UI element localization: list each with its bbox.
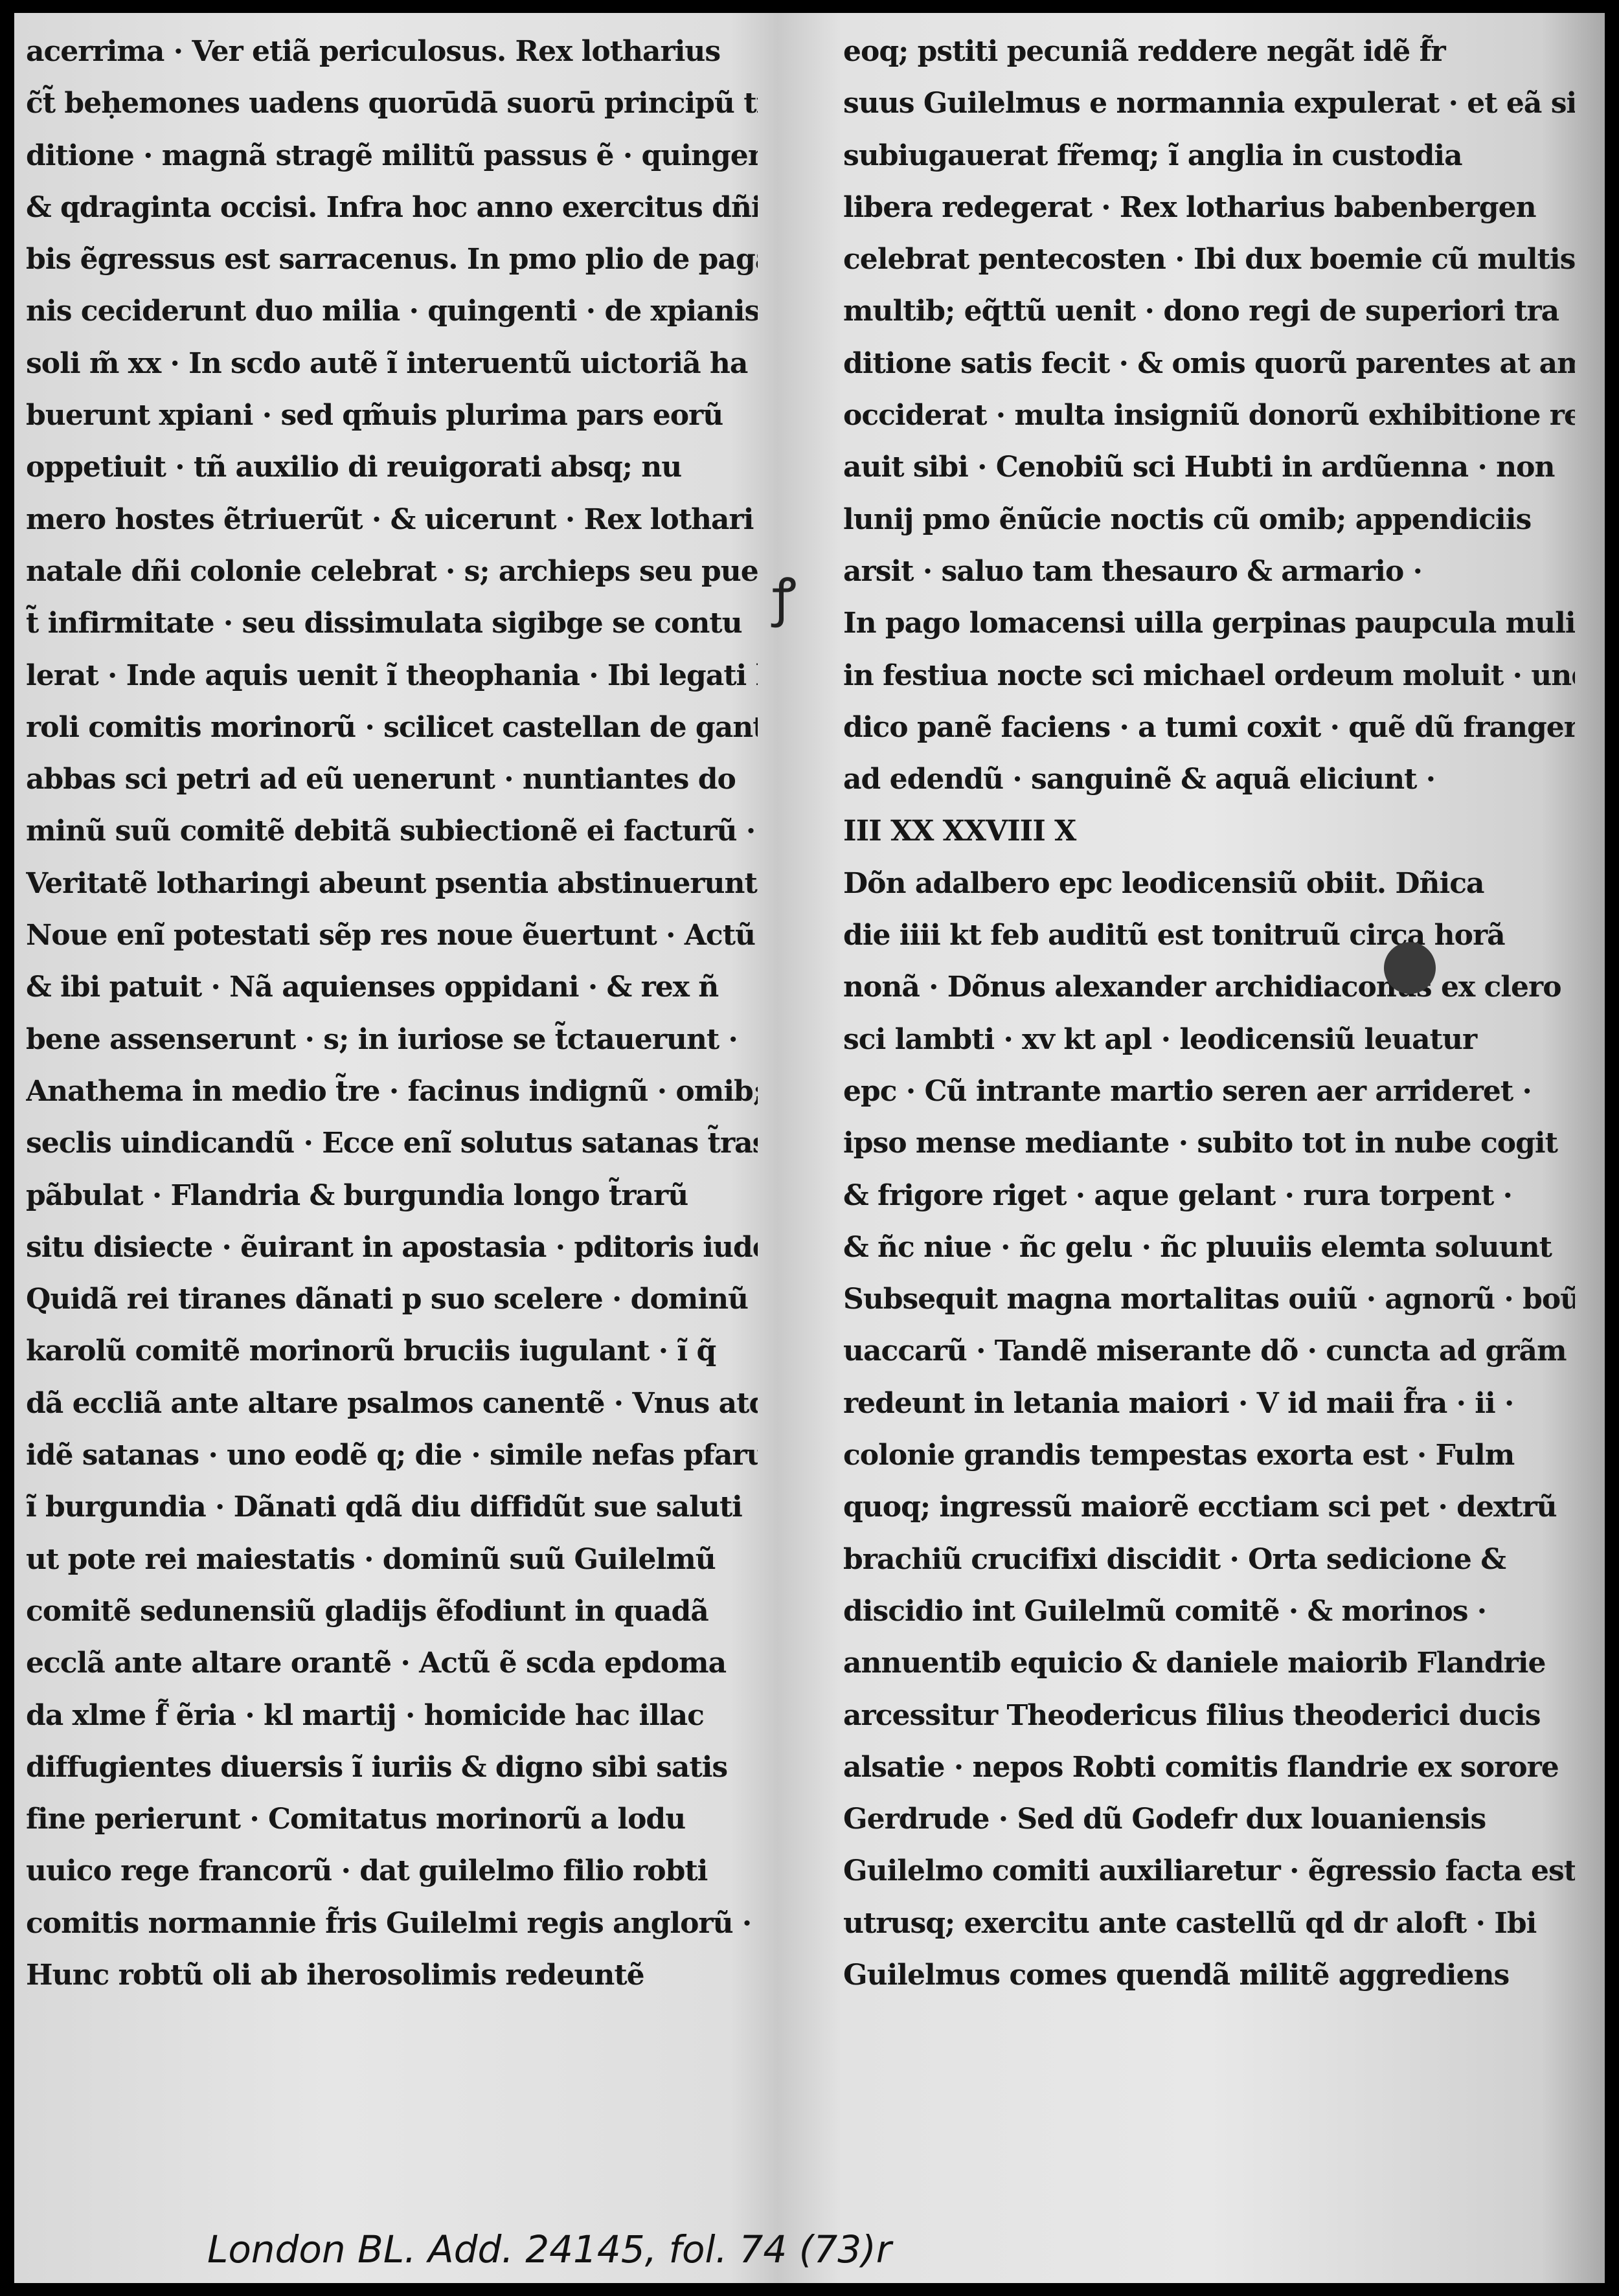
manuscript-line: diffugientes diuersis ĩ iuriis & digno s…: [26, 1742, 758, 1794]
manuscript-line: oppetiuit · tñ auxilio di reuigorati abs…: [26, 442, 758, 493]
manuscript-line: da xlme f̃ ẽria · kl martij · homicide h…: [26, 1690, 758, 1742]
manuscript-line: eoq; pstiti pecuniã reddere negãt idẽ f̃…: [843, 26, 1575, 78]
manuscript-line: natale dñi colonie celebrat · s; archiep…: [26, 546, 758, 598]
manuscript-line: dã eccliã ante altare psalmos canentẽ · …: [26, 1378, 758, 1430]
manuscript-line: Hunc robtũ oli ab iherosolimis redeuntẽ: [26, 1950, 758, 2001]
manuscript-line: in festiua nocte sci michael ordeum molu…: [843, 650, 1575, 702]
manuscript-line: alsatie · nepos Robti comitis flandrie e…: [843, 1742, 1575, 1794]
manuscript-line: uaccarũ · Tandẽ miserante dõ · cuncta ad…: [843, 1325, 1575, 1377]
manuscript-line: suus Guilelmus e normannia expulerat · e…: [843, 78, 1575, 129]
manuscript-line: karolũ comitẽ morinorũ bruciis iugulant …: [26, 1325, 758, 1377]
manuscript-line: annuentib equicio & daniele maiorib Flan…: [843, 1638, 1575, 1689]
manuscript-line: abbas sci petri ad eũ uenerunt · nuntian…: [26, 754, 758, 805]
manuscript-line: fine perierunt · Comitatus morinorũ a lo…: [26, 1794, 758, 1845]
right-text-column: eoq; pstiti pecuniã reddere negãt idẽ f̃…: [843, 26, 1575, 2001]
manuscript-line: mero hostes ẽtriuerũt · & uicerunt · Rex…: [26, 494, 758, 546]
ink-stain: [1384, 942, 1436, 994]
manuscript-line: ipso mense mediante · subito tot in nube…: [843, 1118, 1575, 1169]
shelfmark-caption: London BL. Add. 24145, fol. 74 (73)r: [207, 2227, 892, 2271]
manuscript-line: bis ẽgressus est sarracenus. In pmo plio…: [26, 234, 758, 286]
manuscript-line: Anathema in medio t̃re · facinus indignũ…: [26, 1066, 758, 1118]
manuscript-line: arsit · saluo tam thesauro & armario ·: [843, 546, 1575, 598]
manuscript-line: ut pote rei maiestatis · dominũ suũ Guil…: [26, 1534, 758, 1586]
manuscript-line: brachiũ crucifixi discidit · Orta sedici…: [843, 1534, 1575, 1586]
manuscript-line: & frigore riget · aque gelant · rura tor…: [843, 1170, 1575, 1222]
manuscript-line: idẽ satanas · uno eodẽ q; die · simile n…: [26, 1430, 758, 1481]
margin-mark: ꝭ: [772, 560, 797, 631]
manuscript-line: comitis normannie f̃ris Guilelmi regis a…: [26, 1898, 758, 1950]
manuscript-line: buerunt xpiani · sed qm̃uis plurima pars…: [26, 390, 758, 442]
manuscript-line: c̃t̃ beḥemones uadens quorūdā suorū prin…: [26, 78, 758, 129]
manuscript-line: Guilelmo comiti auxiliaretur · ẽgressio …: [843, 1845, 1575, 1897]
manuscript-line: colonie grandis tempestas exorta est · F…: [843, 1430, 1575, 1481]
manuscript-line: soli m̃ xx · In scdo autẽ ĩ interuentũ u…: [26, 338, 758, 390]
manuscript-line: auit sibi · Cenobiũ sci Hubti in ardũenn…: [843, 442, 1575, 493]
manuscript-line: lerat · Inde aquis uenit ĩ theophania · …: [26, 650, 758, 702]
manuscript-line: situ disiecte · ẽuirant in apostasia · p…: [26, 1222, 758, 1274]
manuscript-line: lunij pmo ẽnũcie noctis cũ omib; appendi…: [843, 494, 1575, 546]
manuscript-line: dico panẽ faciens · a tumi coxit · quẽ d…: [843, 702, 1575, 754]
manuscript-line: ĩ burgundia · Dãnati qdã diu diffidũt su…: [26, 1481, 758, 1533]
manuscript-line: multib; eq̃ttũ uenit · dono regi de supe…: [843, 286, 1575, 337]
manuscript-line: & qdraginta occisi. Infra hoc anno exerc…: [26, 182, 758, 234]
manuscript-line: arcessitur Theodericus filius theoderici…: [843, 1690, 1575, 1742]
manuscript-line: acerrima · Ver etiã periculosus. Rex lot…: [26, 26, 758, 78]
manuscript-line: utrusq; exercitu ante castellũ qd dr alo…: [843, 1898, 1575, 1950]
manuscript-line: Quidã rei tiranes dãnati p suo scelere ·…: [26, 1274, 758, 1325]
manuscript-line: die iiii kt feb auditũ est tonitruũ circ…: [843, 910, 1575, 962]
manuscript-line: minũ suũ comitẽ debitã subiectionẽ ei fa…: [26, 805, 758, 857]
manuscript-line: libera redegerat · Rex lotharius babenbe…: [843, 182, 1575, 234]
manuscript-page: acerrima · Ver etiã periculosus. Rex lot…: [14, 13, 1605, 2283]
manuscript-line: Dõn adalbero epc leodicensiũ obiit. Dñic…: [843, 858, 1575, 910]
manuscript-line: Noue enĩ potestati sẽp res noue ẽuertunt…: [26, 910, 758, 962]
manuscript-line: redeunt in letania maiori · V id maii f̃…: [843, 1378, 1575, 1430]
manuscript-line: comitẽ sedunensiũ gladijs ẽfodiunt in qu…: [26, 1586, 758, 1638]
manuscript-line: sci lambti · xv kt apl · leodicensiũ leu…: [843, 1014, 1575, 1066]
manuscript-line: ad edendũ · sanguinẽ & aquã eliciunt ·: [843, 754, 1575, 805]
manuscript-line: Veritatẽ lotharingi abeunt psentia absti…: [26, 858, 758, 910]
manuscript-line: ditione satis fecit · & omis quorũ paren…: [843, 338, 1575, 390]
manuscript-line: quoq; ingressũ maiorẽ ecctiam sci pet · …: [843, 1481, 1575, 1533]
manuscript-line: pãbulat · Flandria & burgundia longo t̃r…: [26, 1170, 758, 1222]
manuscript-line: Subsequit magna mortalitas ouiũ · agnorũ…: [843, 1274, 1575, 1325]
manuscript-line: In pago lomacensi uilla gerpinas paupcul…: [843, 598, 1575, 649]
manuscript-line: III XX XXVIII X: [843, 805, 1575, 857]
manuscript-line: & ibi patuit · Nã aquienses oppidani · &…: [26, 962, 758, 1013]
manuscript-line: bene assenserunt · s; in iuriose se t̃ct…: [26, 1014, 758, 1066]
manuscript-line: & ñc niue · ñc gelu · ñc pluuiis elemta …: [843, 1222, 1575, 1274]
manuscript-line: Gerdrude · Sed dũ Godefr dux louaniensis: [843, 1794, 1575, 1845]
manuscript-line: roli comitis morinorũ · scilicet castell…: [26, 702, 758, 754]
manuscript-line: occiderat · multa insigniũ donorũ exhibi…: [843, 390, 1575, 442]
manuscript-line: t̃ infirmitate · seu dissimulata sigibge…: [26, 598, 758, 649]
manuscript-line: nis ceciderunt duo milia · quingenti · d…: [26, 286, 758, 337]
left-text-column: acerrima · Ver etiã periculosus. Rex lot…: [26, 26, 758, 2001]
manuscript-line: celebrat pentecosten · Ibi dux boemie cũ…: [843, 234, 1575, 286]
manuscript-line: uuico rege francorũ · dat guilelmo filio…: [26, 1845, 758, 1897]
manuscript-line: ditione · magnã stragẽ militũ passus ẽ ·…: [26, 130, 758, 182]
manuscript-line: ecclã ante altare orantẽ · Actũ ẽ scda e…: [26, 1638, 758, 1689]
manuscript-line: epc · Cũ intrante martio seren aer arrid…: [843, 1066, 1575, 1118]
manuscript-line: subiugauerat fr̃emq; ĩ anglia in custodi…: [843, 130, 1575, 182]
manuscript-line: Guilelmus comes quendã militẽ aggrediens: [843, 1950, 1575, 2001]
manuscript-line: seclis uindicandũ · Ecce enĩ solutus sat…: [26, 1118, 758, 1169]
manuscript-line: discidio int Guilelmũ comitẽ · & morinos…: [843, 1586, 1575, 1638]
manuscript-line: nonã · Dõnus alexander archidiaconus ex …: [843, 962, 1575, 1013]
